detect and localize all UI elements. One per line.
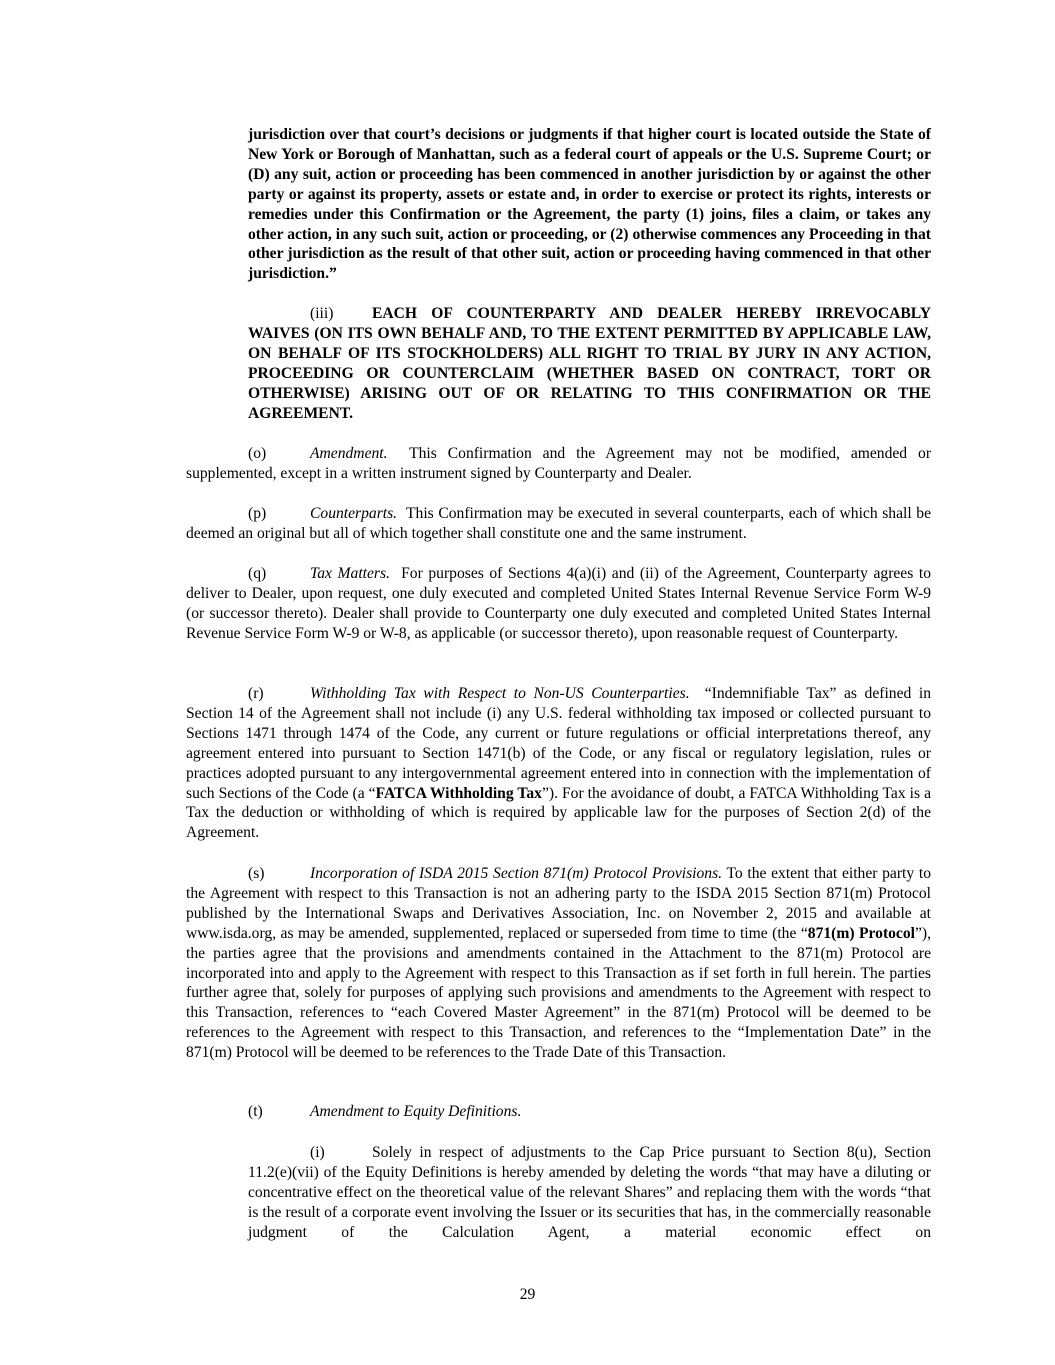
page-number: 29 bbox=[0, 1285, 1055, 1305]
section-s-heading: Incorporation of ISDA 2015 Section 871(m… bbox=[310, 865, 722, 882]
section-o-amendment: (o)Amendment. This Confirmation and the … bbox=[186, 444, 931, 484]
section-q-heading: Tax Matters. bbox=[310, 565, 390, 582]
section-s-871m-protocol: (s)Incorporation of ISDA 2015 Section 87… bbox=[186, 864, 931, 1063]
section-p-number: (p) bbox=[248, 504, 310, 524]
section-o-number: (o) bbox=[248, 444, 310, 464]
section-q-number: (q) bbox=[248, 564, 310, 584]
jury-waiver-paragraph: (iii)EACH OF COUNTERPARTY AND DEALER HER… bbox=[248, 304, 931, 423]
section-t-i-number: (i) bbox=[310, 1143, 372, 1163]
section-t-subsection-i: (i)Solely in respect of adjustments to t… bbox=[248, 1143, 931, 1243]
section-s-number: (s) bbox=[248, 864, 310, 884]
section-r-defined-term: FATCA Withholding Tax bbox=[376, 785, 542, 802]
section-p-counterparts: (p)Counterparts. This Confirmation may b… bbox=[186, 504, 931, 544]
section-o-heading: Amendment. bbox=[310, 445, 388, 462]
section-r-withholding-tax: (r)Withholding Tax with Respect to Non-U… bbox=[186, 684, 931, 843]
section-t-heading: Amendment to Equity Definitions. bbox=[310, 1103, 521, 1120]
jury-waiver-number: (iii) bbox=[310, 304, 372, 324]
section-t-number: (t) bbox=[248, 1102, 310, 1122]
section-s-defined-term: 871(m) Protocol bbox=[808, 925, 915, 942]
section-t-equity-definitions: (t)Amendment to Equity Definitions. bbox=[186, 1102, 931, 1122]
section-q-tax-matters: (q)Tax Matters. For purposes of Sections… bbox=[186, 564, 931, 644]
jurisdiction-continuation-paragraph: jurisdiction over that court’s decisions… bbox=[248, 125, 931, 284]
section-p-heading: Counterparts. bbox=[310, 505, 397, 522]
section-r-number: (r) bbox=[248, 684, 310, 704]
document-page: jurisdiction over that court’s decisions… bbox=[0, 0, 1055, 1365]
section-s-text-after: ”), the parties agree that the provision… bbox=[186, 925, 931, 1061]
section-r-heading: Withholding Tax with Respect to Non-US C… bbox=[310, 685, 690, 702]
